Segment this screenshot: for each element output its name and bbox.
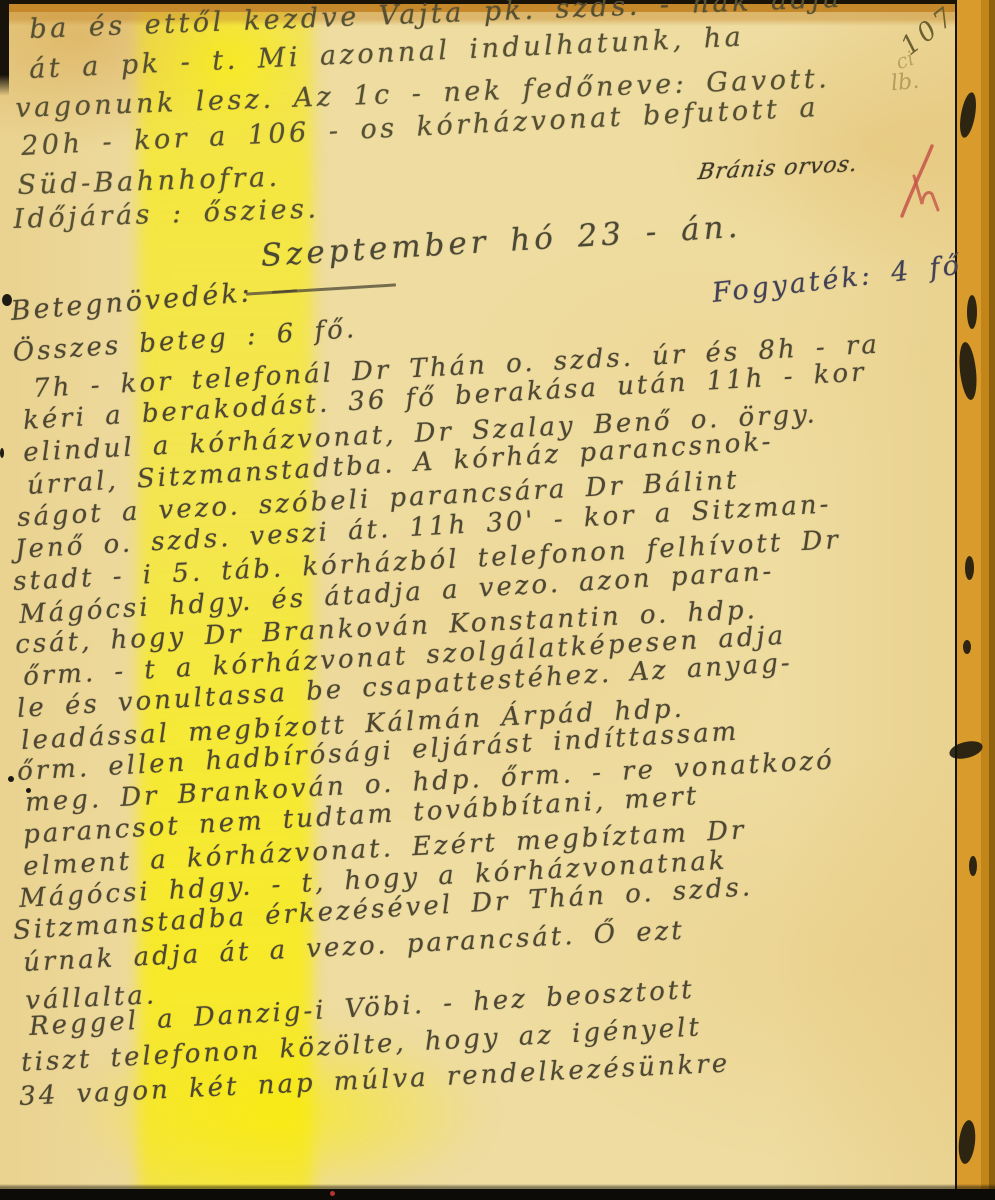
manuscript-page: 107 ci lb. ba és ettől kezdve Vajta pk. … <box>0 0 995 1200</box>
ink-blot <box>948 738 985 762</box>
ink-blot <box>965 556 974 580</box>
patient-intake-note: Betegnövedék: — <box>10 273 303 327</box>
adjacent-page-edge <box>955 0 995 1200</box>
ink-dot <box>8 776 14 782</box>
ink-blot <box>957 91 979 139</box>
ink-blot <box>957 1119 978 1164</box>
loss-note: Fogyaték: 4 fő <box>710 250 963 309</box>
ink-dot <box>0 448 4 458</box>
entry-date-heading: Szeptember hó 23 - án. <box>260 209 743 274</box>
page-edge-bottom <box>0 1184 995 1200</box>
ink-blot <box>963 640 971 654</box>
ink-blot <box>969 856 977 876</box>
signature: Bránis orvos. <box>696 152 860 186</box>
ink-blot <box>957 341 979 400</box>
ink-blot <box>967 295 977 329</box>
red-pencil-mark <box>892 142 944 220</box>
page-edge-left <box>0 0 9 96</box>
ink-bleed-mark: lb. <box>890 69 921 97</box>
red-speck <box>330 1191 335 1196</box>
